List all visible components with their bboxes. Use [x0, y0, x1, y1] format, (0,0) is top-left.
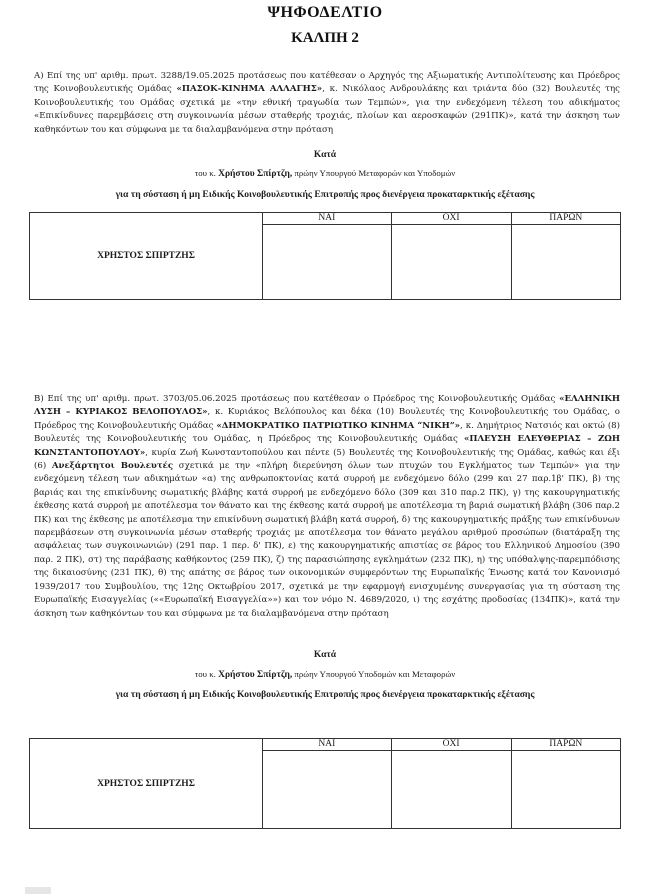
section-b-purpose: για τη σύσταση ή μη Ειδικής Κοινοβουλευτ… [0, 689, 650, 700]
ballot-box-label: ΚΑΛΠΗ 2 [0, 30, 650, 47]
vote-box-no[interactable] [391, 225, 511, 300]
option-yes-label: ΝΑΙ [263, 739, 392, 751]
vote-box-no[interactable] [391, 751, 511, 829]
against-name: Χρήστου Σπίρτζη, [218, 169, 292, 179]
vote-box-present[interactable] [511, 225, 620, 300]
candidate-name: ΧΡΗΣΤΟΣ ΣΠΙΡΤΖΗΣ [30, 213, 263, 300]
against-role: πρώην Υπουργού Μεταφορών και Υποδομών [292, 168, 455, 178]
section-a-text: Α) Επί της υπ' αριθμ. πρωτ. 3288/19.05.2… [34, 70, 620, 137]
against-role: πρώην Υπουργού Υποδομών και Μεταφορών [292, 669, 455, 679]
vote-box-yes[interactable] [263, 751, 392, 829]
against-prefix: του κ. [195, 669, 218, 679]
section-a-purpose: για τη σύσταση ή μη Ειδικής Κοινοβουλευτ… [0, 189, 650, 200]
against-name: Χρήστου Σπίρτζη, [218, 670, 292, 680]
vote-box-yes[interactable] [263, 225, 392, 300]
vote-box-present[interactable] [511, 751, 620, 829]
option-no-label: ΟΧΙ [391, 739, 511, 751]
section-a-ballot-table: ΧΡΗΣΤΟΣ ΣΠΙΡΤΖΗΣ ΝΑΙ ΟΧΙ ΠΑΡΩΝ [29, 212, 621, 300]
against-prefix: του κ. [195, 168, 218, 178]
section-b-text: Β) Επί της υπ' αριθμ. πρωτ. 3703/05.06.2… [34, 393, 620, 621]
option-yes-label: ΝΑΙ [263, 213, 392, 225]
option-present-label: ΠΑΡΩΝ [511, 739, 620, 751]
section-b-ballot-table: ΧΡΗΣΤΟΣ ΣΠΙΡΤΖΗΣ ΝΑΙ ΟΧΙ ΠΑΡΩΝ [29, 738, 621, 829]
section-b-kata: Κατά [0, 650, 650, 660]
option-present-label: ΠΑΡΩΝ [511, 213, 620, 225]
document-title: ΨΗΦΟΔΕΛΤΙΟ [0, 4, 650, 22]
section-b-against: του κ. Χρήστου Σπίρτζη, πρώην Υπουργού Υ… [0, 669, 650, 680]
section-a-against: του κ. Χρήστου Σπίρτζη, πρώην Υπουργού Μ… [0, 168, 650, 179]
option-no-label: ΟΧΙ [391, 213, 511, 225]
candidate-name: ΧΡΗΣΤΟΣ ΣΠΙΡΤΖΗΣ [30, 739, 263, 829]
scan-artifact [25, 887, 51, 894]
section-a-kata: Κατά [0, 150, 650, 160]
